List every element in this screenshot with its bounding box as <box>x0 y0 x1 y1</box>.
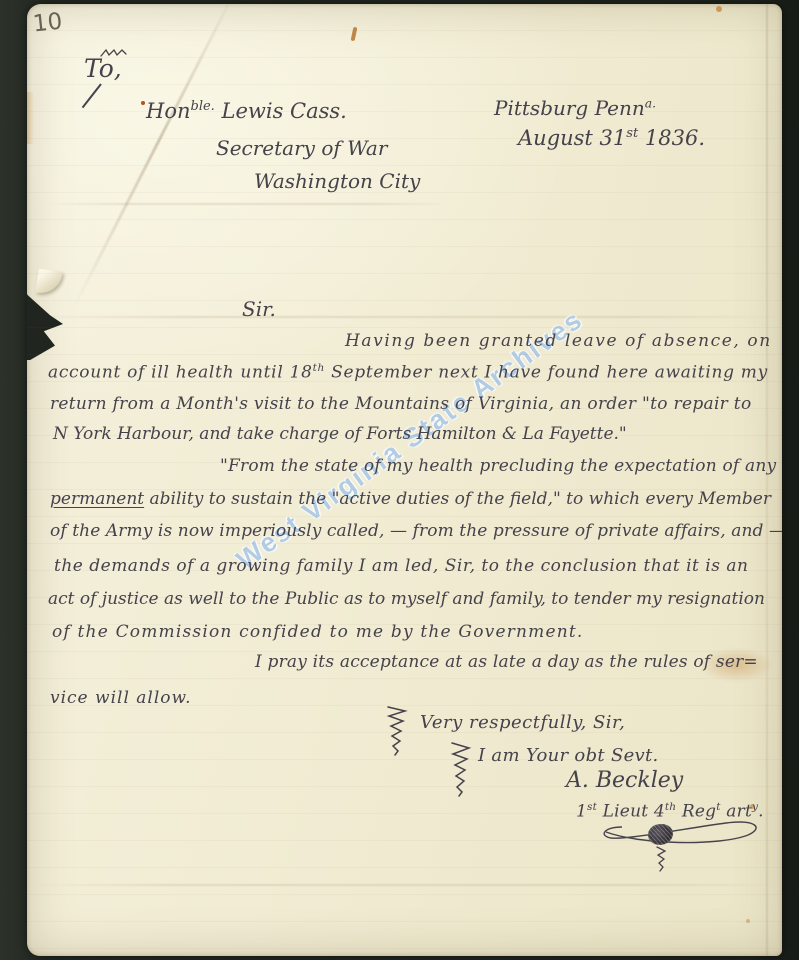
body-line-5: "From the state of my health precluding … <box>220 456 776 476</box>
recipient-city: Washington City <box>254 169 420 193</box>
closing-flourish-2 <box>450 740 472 798</box>
body-line-10: of the Commission confided to me by the … <box>52 622 584 642</box>
crease-horizontal-bottom <box>27 884 782 886</box>
body-line-1: Having been granted leave of absence, on <box>345 331 772 351</box>
crease-horizontal-top <box>47 203 447 205</box>
paper-corner-curl <box>35 268 62 295</box>
speck-bottom-right <box>746 919 750 923</box>
body-line-6: permanent ability to sustain the "active… <box>50 489 771 509</box>
body-line-2: account of ill health until 18th Septemb… <box>48 362 768 383</box>
closing-servant: I am Your obt Sevt. <box>478 745 659 767</box>
dateline-place: Pittsburg Penna. <box>494 96 656 120</box>
body-line-11: I pray its acceptance at as late a day a… <box>255 652 758 672</box>
speck-top-right <box>716 6 722 12</box>
speck-red-small <box>141 101 145 105</box>
edge-browning-left <box>27 92 34 144</box>
to-flourish <box>99 47 129 59</box>
crease-horizontal-middle <box>27 316 782 318</box>
dateline-date: August 31st 1836. <box>518 126 705 151</box>
closing-respectfully: Very respectfully, Sir, <box>420 712 625 734</box>
signature-title: 1st Lieut 4th Regt arty. <box>576 801 764 822</box>
speck-top-center <box>351 27 358 42</box>
recipient-name: Honble. Lewis Cass. <box>146 99 347 124</box>
salutation: Sir. <box>242 297 276 321</box>
paper-torn-notch <box>27 288 63 360</box>
scan-background: West Virginia State Archives 10 To, Honb… <box>0 0 799 960</box>
closing-flourish-1 <box>386 704 408 758</box>
letter-paper: West Virginia State Archives 10 To, Honb… <box>27 4 782 956</box>
signature-name: A. Beckley <box>566 768 683 794</box>
body-line-7: of the Army is now imperiously called, —… <box>50 521 782 541</box>
recipient-title: Secretary of War <box>216 136 387 160</box>
seal-flourish <box>654 845 668 873</box>
body-line-9: act of justice as well to the Public as … <box>48 589 765 609</box>
body-line-8: the demands of a growing family I am led… <box>54 556 748 576</box>
body-line-4: N York Harbour, and take charge of Forts… <box>53 424 627 444</box>
crease-diagonal <box>73 4 230 308</box>
body-line-12: vice will allow. <box>50 688 191 708</box>
page-number-annotation: 10 <box>32 9 64 38</box>
to-descender-stroke <box>82 83 102 108</box>
body-line-3: return from a Month's visit to the Mount… <box>50 394 751 414</box>
